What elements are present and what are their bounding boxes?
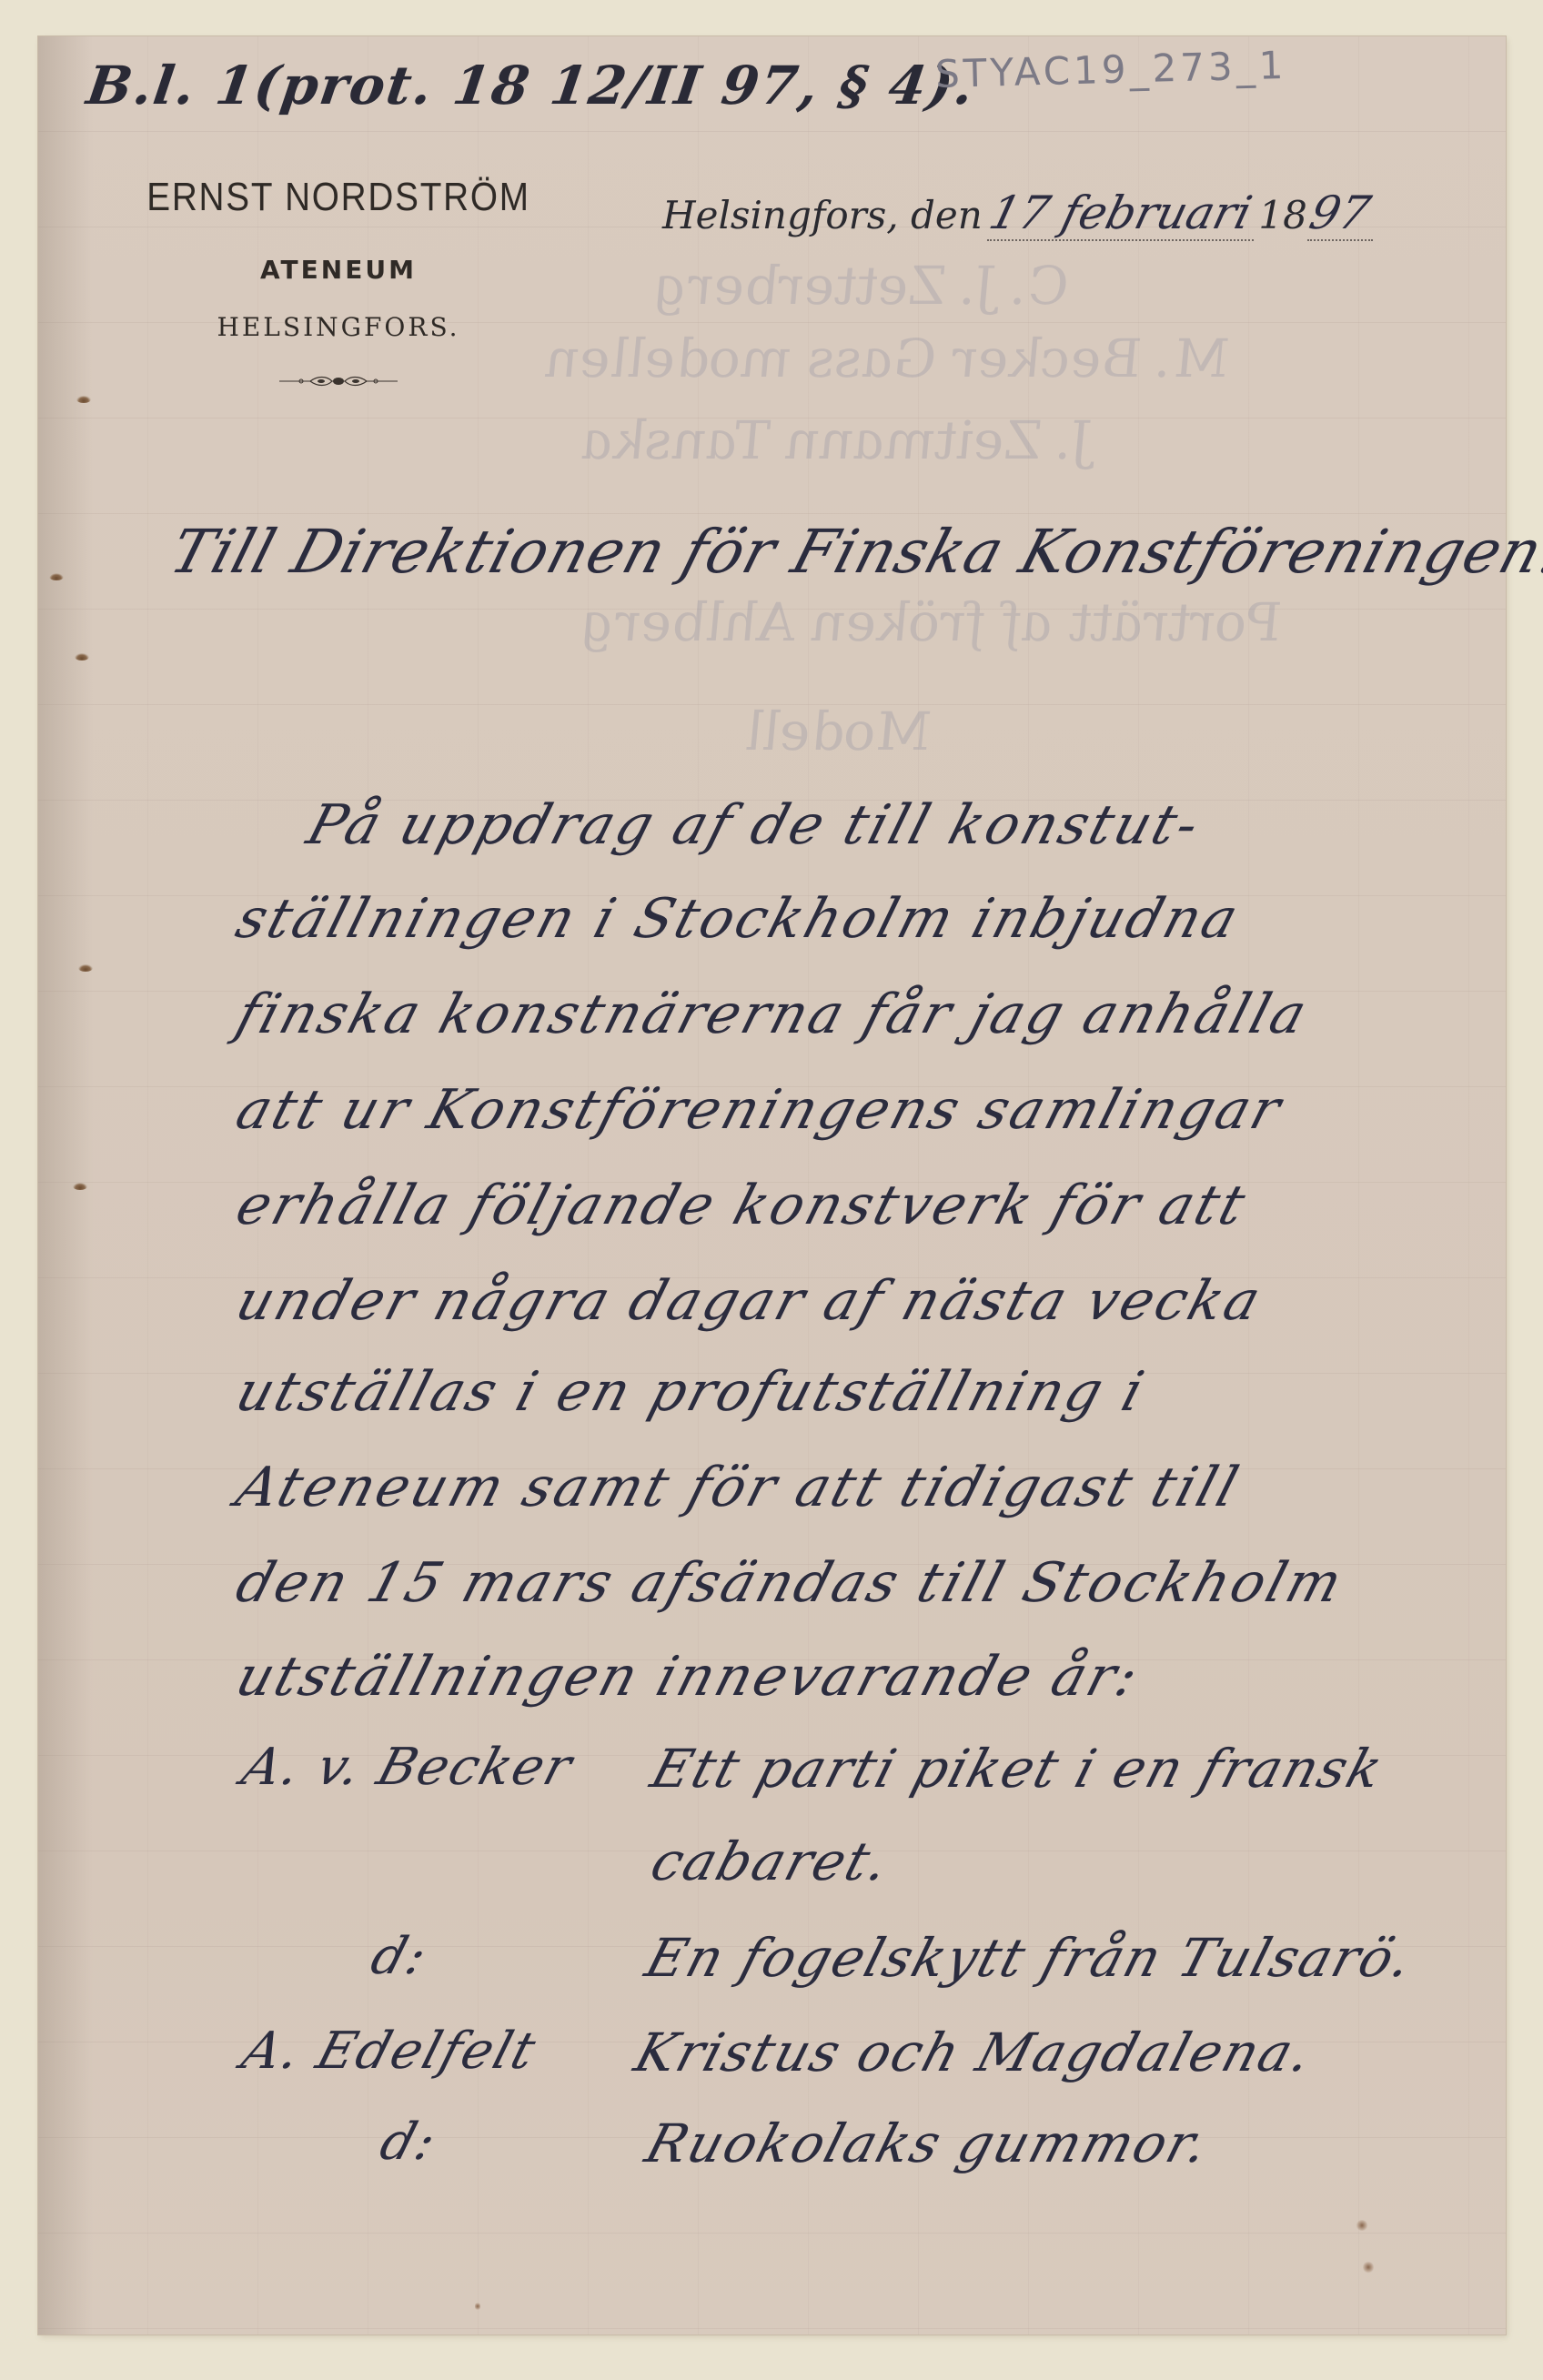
ink-stain	[475, 2302, 480, 2311]
binding-hole	[73, 1183, 87, 1190]
binding-hole	[49, 573, 64, 580]
archive-reference-note: B.l. 1(prot. 18 12/II 97, § 4).	[83, 55, 979, 116]
bleed-through-text: Porträtt af fröken Ahlberg	[573, 591, 1289, 653]
dateline: Helsingfors, den 17 februari 1897	[662, 187, 1373, 241]
binding-hole	[78, 964, 93, 972]
body-line: utställas i en profutställning i	[229, 1360, 1153, 1424]
body-line: den 15 mars afsändas till Stockholm	[229, 1551, 1351, 1615]
artwork-title: Ruokolaks gummor.	[639, 2113, 1216, 2174]
artwork-title: Ett parti piket i en fransk	[644, 1738, 1391, 1800]
bleed-through-text: C. J. Zetterberg	[646, 255, 1077, 317]
artwork-title: En fogelskytt från Tulsarö.	[639, 1927, 1420, 1989]
letterhead: ERNST NORDSTRÖM ATENEUM HELSINGFORS.	[111, 175, 566, 388]
letterhead-city: HELSINGFORS.	[111, 312, 566, 342]
artwork-artist: A. v. Becker	[236, 1738, 580, 1797]
dateline-year-prefix: 18	[1258, 193, 1306, 237]
dateline-place: Helsingfors, den	[662, 193, 983, 237]
body-line: ställningen i Stockholm inbjudna	[229, 887, 1247, 951]
body-line: utställningen innevarande år:	[229, 1645, 1147, 1709]
body-line: finska konstnärerna får jag anhålla	[229, 983, 1316, 1046]
bleed-through-text: J. Zeitmann Tanska	[573, 409, 1101, 471]
letterhead-name: ERNST NORDSTRÖM	[138, 175, 539, 220]
binding-hole	[75, 653, 89, 661]
artwork-title: Kristus och Magdalena.	[628, 2022, 1320, 2083]
dateline-day-month: 17 februari	[984, 187, 1257, 239]
bleed-through-text: Modell	[737, 701, 939, 762]
body-line: Ateneum samt för att tidigast till	[229, 1456, 1247, 1519]
body-line: under några dagar af nästa vecka	[229, 1269, 1270, 1333]
body-line: erhålla följande konstverk för att	[229, 1174, 1255, 1237]
body-line: På uppdrag af de till konstut-	[300, 793, 1208, 857]
letterhead-institution: ATENEUM	[111, 255, 566, 285]
ornament-divider-icon	[279, 375, 398, 388]
salutation: Till Direktionen för Finska Konstförenin…	[163, 517, 1543, 587]
archive-code: STYAC19_273_1	[934, 43, 1287, 96]
artwork-title-continued: cabaret.	[644, 1830, 897, 1892]
artwork-artist: A. Edelfelt	[236, 2022, 544, 2081]
dateline-year-suffix: 97	[1305, 187, 1376, 239]
bleed-through-text: M. Becker Gass modellen	[537, 328, 1237, 389]
body-line: att ur Konstföreningens samlingar	[229, 1078, 1290, 1142]
binding-hole	[76, 396, 91, 403]
ink-stain	[1363, 2261, 1374, 2274]
ink-stain	[1356, 2220, 1368, 2231]
